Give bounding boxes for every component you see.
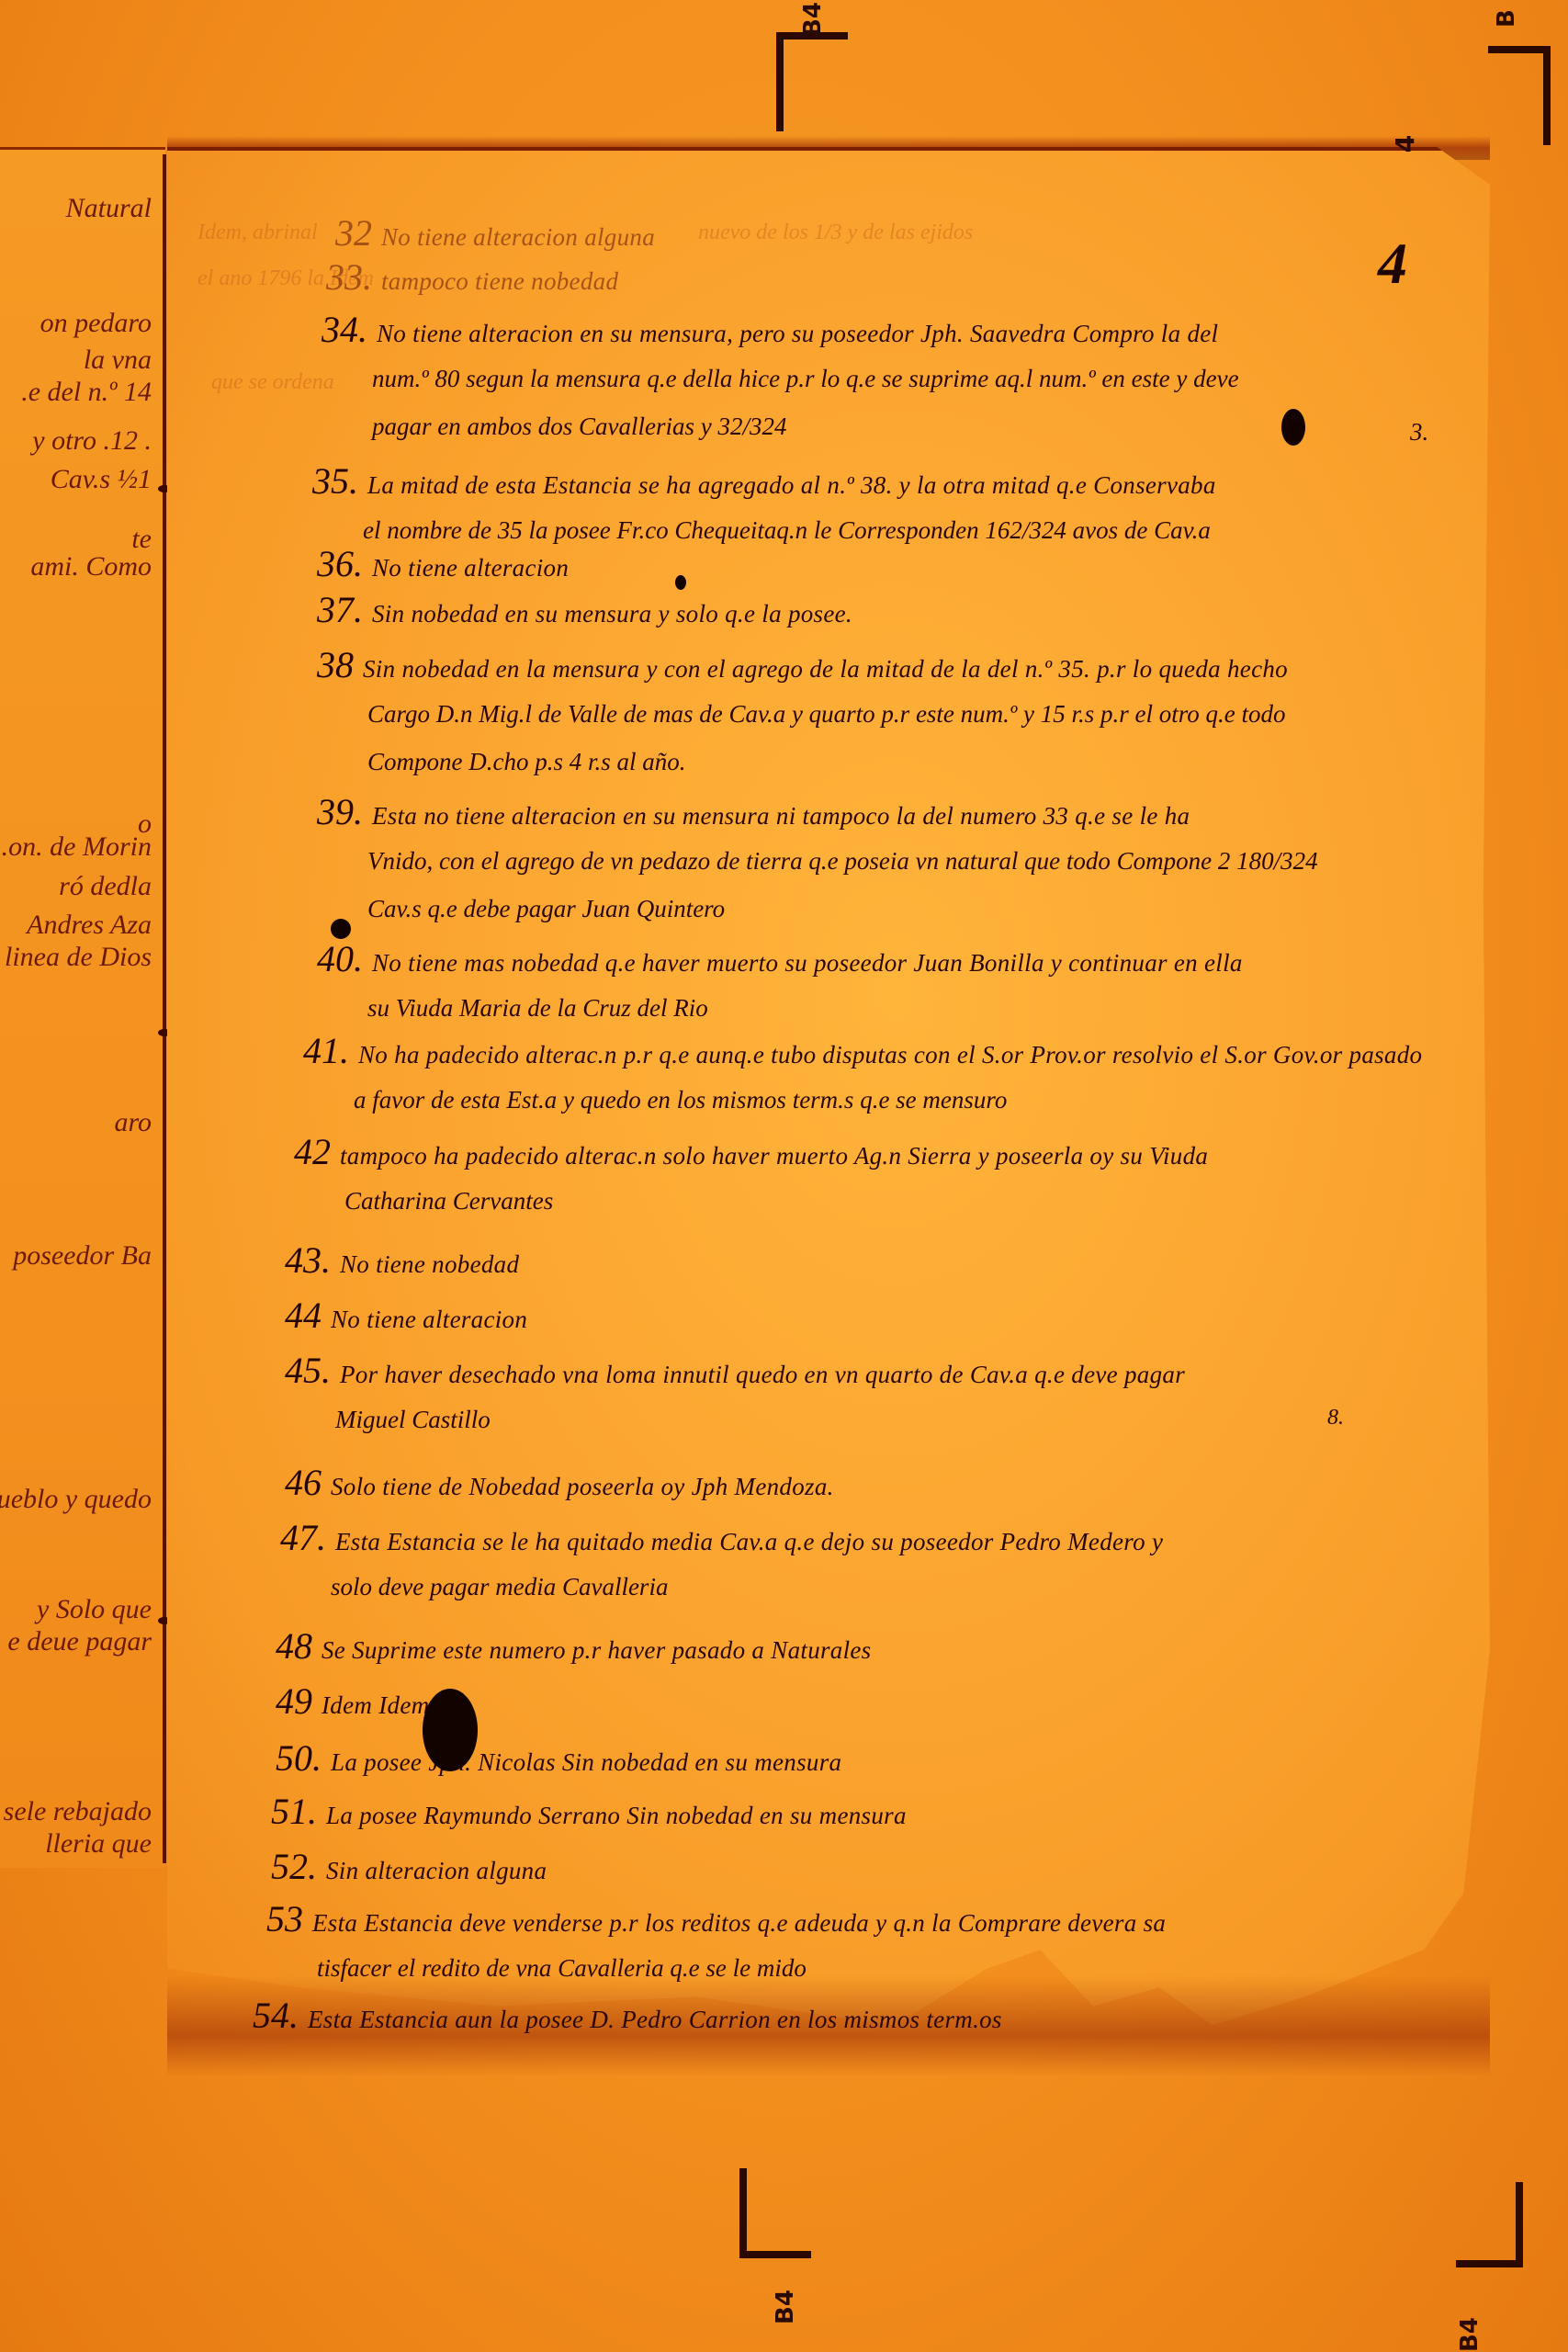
left-page-fragment-text: poseedor Ba <box>0 1240 152 1272</box>
entry-text: No tiene nobedad <box>340 1250 519 1278</box>
left-page-fragment-text: y Solo que <box>0 1594 152 1625</box>
entry-text: No tiene alteracion <box>372 554 569 582</box>
entry-text: Sin nobedad en su mensura y solo q.e la … <box>372 600 852 628</box>
entry-continuation: Vnido, con el agrego de vn pedazo de tie… <box>367 847 1318 876</box>
entry-text: Sin alteracion alguna <box>326 1857 547 1884</box>
entry-item: 47.Esta Estancia se le ha quitado media … <box>280 1516 1163 1559</box>
entry-number: 47. <box>280 1516 326 1559</box>
entry-continuation: Miguel Castillo <box>335 1406 491 1434</box>
entry-number: 35. <box>312 459 358 503</box>
entry-number: 39. <box>317 790 363 833</box>
entry-continuation: Cargo D.n Mig.l de Valle de mas de Cav.a… <box>367 700 1286 729</box>
entry-text: Solo tiene de Nobedad poseerla oy Jph Me… <box>331 1473 834 1500</box>
bleed-through-text: Idem, abrinal <box>197 220 318 245</box>
entry-item: 43.No tiene nobedad <box>285 1238 519 1282</box>
left-page-fragment-text: la vna <box>0 345 152 376</box>
entry-number: 52. <box>271 1845 317 1888</box>
entry-item: 33.tampoco tiene nobedad <box>326 255 618 299</box>
entry-continuation: pagar en ambos dos Cavallerias y 32/324 <box>372 413 787 441</box>
margin-note: 3. <box>1410 418 1428 447</box>
left-page-fragment-text: linea de Dios <box>0 942 152 973</box>
entry-text: Por haver desechado vna loma innutil que… <box>340 1361 1185 1388</box>
entry-number: 36. <box>317 542 363 585</box>
left-page-fragment-text: on. de Morin. <box>0 831 152 863</box>
entry-item: 35.La mitad de esta Estancia se ha agreg… <box>312 459 1216 503</box>
entry-continuation: el nombre de 35 la posee Fr.co Chequeita… <box>363 516 1211 545</box>
entry-number: 33. <box>326 255 372 299</box>
entry-number: 45. <box>285 1349 331 1392</box>
entry-item: 40.No tiene mas nobedad q.e haver muerto… <box>317 937 1243 980</box>
entry-text: No tiene alteracion en su mensura, pero … <box>377 320 1218 347</box>
entry-continuation: a favor de esta Est.a y quedo en los mis… <box>354 1086 1007 1114</box>
entry-text: Esta Estancia aun la posee D. Pedro Carr… <box>308 2006 1002 2033</box>
entry-item: 46Solo tiene de Nobedad poseerla oy Jph … <box>285 1461 834 1504</box>
entry-text: La posee Raymundo Serrano Sin nobedad en… <box>326 1802 907 1829</box>
left-page-fragment-text: Pueblo y quedo <box>0 1484 152 1515</box>
left-page-fragment-text: e del n.º 14. <box>0 377 152 408</box>
entry-number: 32 <box>335 211 372 254</box>
bleed-through-text: nuevo de los 1/3 y de las ejidos <box>698 220 973 245</box>
entry-item: 44No tiene alteracion <box>285 1294 527 1337</box>
entry-item: 32No tiene alteracion alguna <box>335 211 655 254</box>
entry-continuation: tisfacer el redito de vna Cavalleria q.e… <box>317 1954 807 1983</box>
ink-blot <box>423 1689 478 1771</box>
entry-item: 54.Esta Estancia aun la posee D. Pedro C… <box>253 1994 1002 2037</box>
entry-text: No tiene alteracion alguna <box>381 223 655 251</box>
entry-continuation: num.º 80 segun la mensura q.e della hice… <box>372 365 1239 393</box>
entry-item: 41.No ha padecido alterac.n p.r q.e aunq… <box>303 1029 1422 1072</box>
left-page-fragment-text: ró dedla <box>0 871 152 902</box>
entry-item: 34.No tiene alteracion en su mensura, pe… <box>321 308 1218 351</box>
entry-text: tampoco tiene nobedad <box>381 267 618 295</box>
entry-number: 40. <box>317 937 363 980</box>
entry-continuation: solo deve pagar media Cavalleria <box>331 1573 668 1601</box>
entry-number: 42 <box>294 1130 331 1173</box>
entry-number: 44 <box>285 1294 321 1337</box>
entry-number: 53 <box>266 1897 303 1940</box>
entry-text: No tiene mas nobedad q.e haver muerto su… <box>372 949 1243 977</box>
ink-blot <box>331 919 351 939</box>
entry-number: 38 <box>317 643 354 686</box>
left-page-fragment-text: aro <box>0 1107 152 1138</box>
entry-continuation: Compone D.cho p.s 4 r.s al año. <box>367 748 686 776</box>
left-page-fragment-text: Andres Aza <box>0 910 152 941</box>
entry-continuation: Cav.s q.e debe pagar Juan Quintero <box>367 895 725 923</box>
entry-text: Esta Estancia deve venderse p.r los redi… <box>312 1909 1166 1937</box>
entry-text: Esta no tiene alteracion en su mensura n… <box>372 802 1190 830</box>
page-number: 4 <box>1378 230 1407 298</box>
entry-item: 48Se Suprime este numero p.r haver pasad… <box>276 1624 872 1668</box>
entry-number: 51. <box>271 1790 317 1833</box>
entry-item: 52.Sin alteracion alguna <box>271 1845 547 1888</box>
entry-item: 38Sin nobedad en la mensura y con el agr… <box>317 643 1288 686</box>
entry-number: 41. <box>303 1029 349 1072</box>
left-page-fragment-text: lleria que <box>0 1828 152 1860</box>
left-page-fragment-text: sele rebajado <box>0 1796 152 1827</box>
crop-label-bottom-right: B4 <box>1456 2317 1483 2352</box>
left-page-fragment-text: ami. Como <box>0 551 152 582</box>
entry-text: No ha padecido alterac.n p.r q.e aunq.e … <box>358 1041 1422 1069</box>
entry-continuation: su Viuda Maria de la Cruz del Rio <box>367 994 708 1023</box>
crop-label-top-left: B4 <box>799 2 827 37</box>
crop-mark-bottom-right <box>1456 2182 1523 2267</box>
ink-blot <box>1281 409 1305 446</box>
crop-mark-top-right <box>1488 46 1551 145</box>
ink-blot <box>675 575 686 590</box>
entry-item: 53Esta Estancia deve venderse p.r los re… <box>266 1897 1166 1940</box>
entry-item: 50.La posee Jph. Nicolas Sin nobedad en … <box>276 1736 841 1780</box>
entry-text: Esta Estancia se le ha quitado media Cav… <box>335 1528 1163 1555</box>
entry-text: Sin nobedad en la mensura y con el agreg… <box>363 655 1288 683</box>
left-page-fragment-text: 1½ Cav.s <box>0 464 152 495</box>
entry-text: Se Suprime este numero p.r haver pasado … <box>321 1636 872 1664</box>
margin-note: 8. <box>1327 1406 1344 1430</box>
entry-item: 39.Esta no tiene alteracion en su mensur… <box>317 790 1190 833</box>
entry-item: 42tampoco ha padecido alterac.n solo hav… <box>294 1130 1208 1173</box>
entry-item: 37.Sin nobedad en su mensura y solo q.e … <box>317 588 852 631</box>
bleed-through-text: que se ordena <box>211 370 334 395</box>
entry-number: 49 <box>276 1679 312 1723</box>
crop-label-top-right: B <box>1493 9 1520 28</box>
folio-mark: 4 <box>1390 135 1420 153</box>
left-page-fragment-text: te <box>0 524 152 555</box>
entry-number: 37. <box>317 588 363 631</box>
entry-number: 48 <box>276 1624 312 1668</box>
crop-label-bottom-left: B4 <box>772 2290 799 2324</box>
entry-number: 50. <box>276 1736 321 1780</box>
left-page-fragment-text: e deue pagar <box>0 1626 152 1657</box>
entry-text: La posee Jph. Nicolas Sin nobedad en su … <box>331 1748 841 1776</box>
entry-text: tampoco ha padecido alterac.n solo haver… <box>340 1142 1208 1170</box>
entry-continuation: Catharina Cervantes <box>344 1187 553 1216</box>
left-page-fragment-text: Natural <box>0 193 152 224</box>
entry-number: 43. <box>285 1238 331 1282</box>
entry-text: La mitad de esta Estancia se ha agregado… <box>367 471 1216 499</box>
entry-item: 51.La posee Raymundo Serrano Sin nobedad… <box>271 1790 907 1833</box>
left-page-fragment-text: . 12. y otro <box>0 425 152 457</box>
entry-number: 46 <box>285 1461 321 1504</box>
crop-mark-top-left <box>776 32 848 131</box>
entry-number: 54. <box>253 1994 299 2037</box>
left-page-fragment-text: on pedaro <box>0 308 152 339</box>
gutter-line <box>163 154 166 1863</box>
entry-text: No tiene alteracion <box>331 1306 527 1333</box>
entry-item: 36.No tiene alteracion <box>317 542 569 585</box>
entry-number: 34. <box>321 308 367 351</box>
crop-mark-bottom-left <box>739 2168 811 2258</box>
entry-item: 45.Por haver desechado vna loma innutil … <box>285 1349 1185 1392</box>
entry-text: Idem Idem. <box>321 1691 435 1719</box>
entry-item: 49Idem Idem. <box>276 1679 435 1723</box>
